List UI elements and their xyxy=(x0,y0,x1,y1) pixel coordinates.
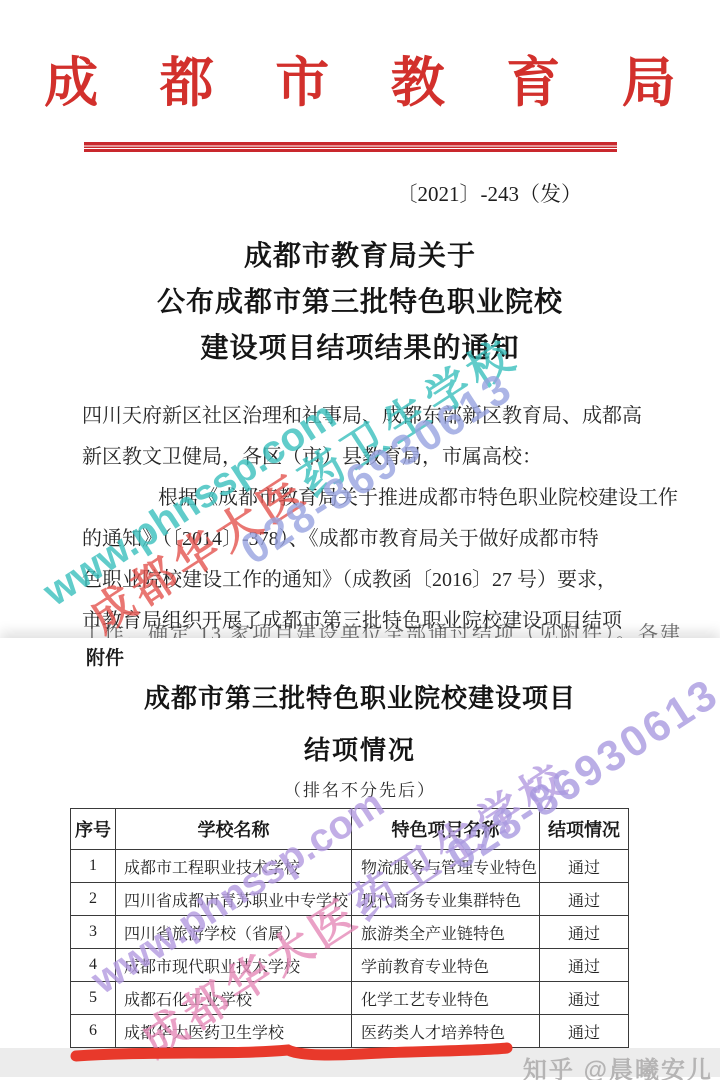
table-row: 2四川省成都市青苏职业中专学校现代商务专业集群特色通过 xyxy=(71,883,629,916)
notice-body: 四川天府新区社区治理和社事局、成都东部新区教育局、成都高 新区教文卫健局，各区（… xyxy=(82,396,638,642)
table-cell: 通过 xyxy=(540,1015,629,1048)
body-line: 的通知》（〔2014〕-378）、《成都市教育局关于做好成都市特 xyxy=(82,519,638,560)
attachment-title-line-1: 成都市第三批特色职业院校建设项目 xyxy=(0,678,720,715)
table-cell: 5 xyxy=(71,982,116,1015)
notice-title: 成都市教育局关于 公布成都市第三批特色职业院校 建设项目结项结果的通知 xyxy=(0,234,720,372)
table-cell: 成都石化工业学校 xyxy=(116,982,352,1015)
table-cell: 四川省旅游学校（省属） xyxy=(116,916,352,949)
body-line: 新区教文卫健局，各区（市）县教育局，市属高校： xyxy=(82,437,638,478)
table-header-row: 序号 学校名称 特色项目名称 结项情况 xyxy=(71,809,629,850)
table-row: 1成都市工程职业技术学校物流服务与管理专业特色通过 xyxy=(71,850,629,883)
table-cell: 旅游类全产业链特色 xyxy=(352,916,540,949)
attachment-title-line-2: 结项情况 xyxy=(0,730,720,767)
red-marker-underline xyxy=(60,1038,530,1072)
agency-letterhead: 成 都 市 教 育 局 xyxy=(0,40,720,117)
attachment-label: 附件 xyxy=(86,643,124,670)
column-header-index: 序号 xyxy=(71,809,116,850)
table-cell: 通过 xyxy=(540,883,629,916)
body-line: 根据《成都市教育局关于推进成都市特色职业院校建设工作 xyxy=(82,478,638,519)
table-cell: 通过 xyxy=(540,850,629,883)
notice-title-line-3: 建设项目结项结果的通知 xyxy=(0,326,720,372)
table-body: 1成都市工程职业技术学校物流服务与管理专业特色通过2四川省成都市青苏职业中专学校… xyxy=(71,850,629,1048)
notice-title-line-1: 成都市教育局关于 xyxy=(0,234,720,280)
table-cell: 通过 xyxy=(540,916,629,949)
table-cell: 通过 xyxy=(540,982,629,1015)
table-cell: 学前教育专业特色 xyxy=(352,949,540,982)
attachment-card: 附件 成都市第三批特色职业院校建设项目 结项情况 （排名不分先后） 序号 学校名… xyxy=(0,638,720,1048)
table-cell: 物流服务与管理专业特色 xyxy=(352,850,540,883)
document-number: 〔2021〕-243（发） xyxy=(397,178,583,208)
table-row: 4成都市现代职业技术学校学前教育专业特色通过 xyxy=(71,949,629,982)
table-cell: 化学工艺专业特色 xyxy=(352,982,540,1015)
table-cell: 4 xyxy=(71,949,116,982)
table-cell: 3 xyxy=(71,916,116,949)
table-cell: 现代商务专业集群特色 xyxy=(352,883,540,916)
table-cell: 通过 xyxy=(540,949,629,982)
notice-title-line-2: 公布成都市第三批特色职业院校 xyxy=(0,280,720,326)
table-cell: 1 xyxy=(71,850,116,883)
letterhead-divider-rule xyxy=(84,142,617,152)
column-header-school: 学校名称 xyxy=(116,809,352,850)
table-cell: 成都市工程职业技术学校 xyxy=(116,850,352,883)
results-table: 序号 学校名称 特色项目名称 结项情况 1成都市工程职业技术学校物流服务与管理专… xyxy=(70,808,629,1048)
zhihu-credit-watermark: 知乎 @晨曦安儿 xyxy=(523,1050,713,1080)
body-line: 四川天府新区社区治理和社事局、成都东部新区教育局、成都高 xyxy=(82,396,638,437)
table-cell: 2 xyxy=(71,883,116,916)
column-header-project: 特色项目名称 xyxy=(352,809,540,850)
table-cell: 成都市现代职业技术学校 xyxy=(116,949,352,982)
column-header-result: 结项情况 xyxy=(540,809,629,850)
table-row: 3四川省旅游学校（省属）旅游类全产业链特色通过 xyxy=(71,916,629,949)
table-cell: 四川省成都市青苏职业中专学校 xyxy=(116,883,352,916)
table-row: 5成都石化工业学校化学工艺专业特色通过 xyxy=(71,982,629,1015)
attachment-subtitle: （排名不分先后） xyxy=(0,776,720,801)
body-line: 色职业院校建设工作的通知》（成教函〔2016〕27 号）要求， xyxy=(82,560,638,601)
